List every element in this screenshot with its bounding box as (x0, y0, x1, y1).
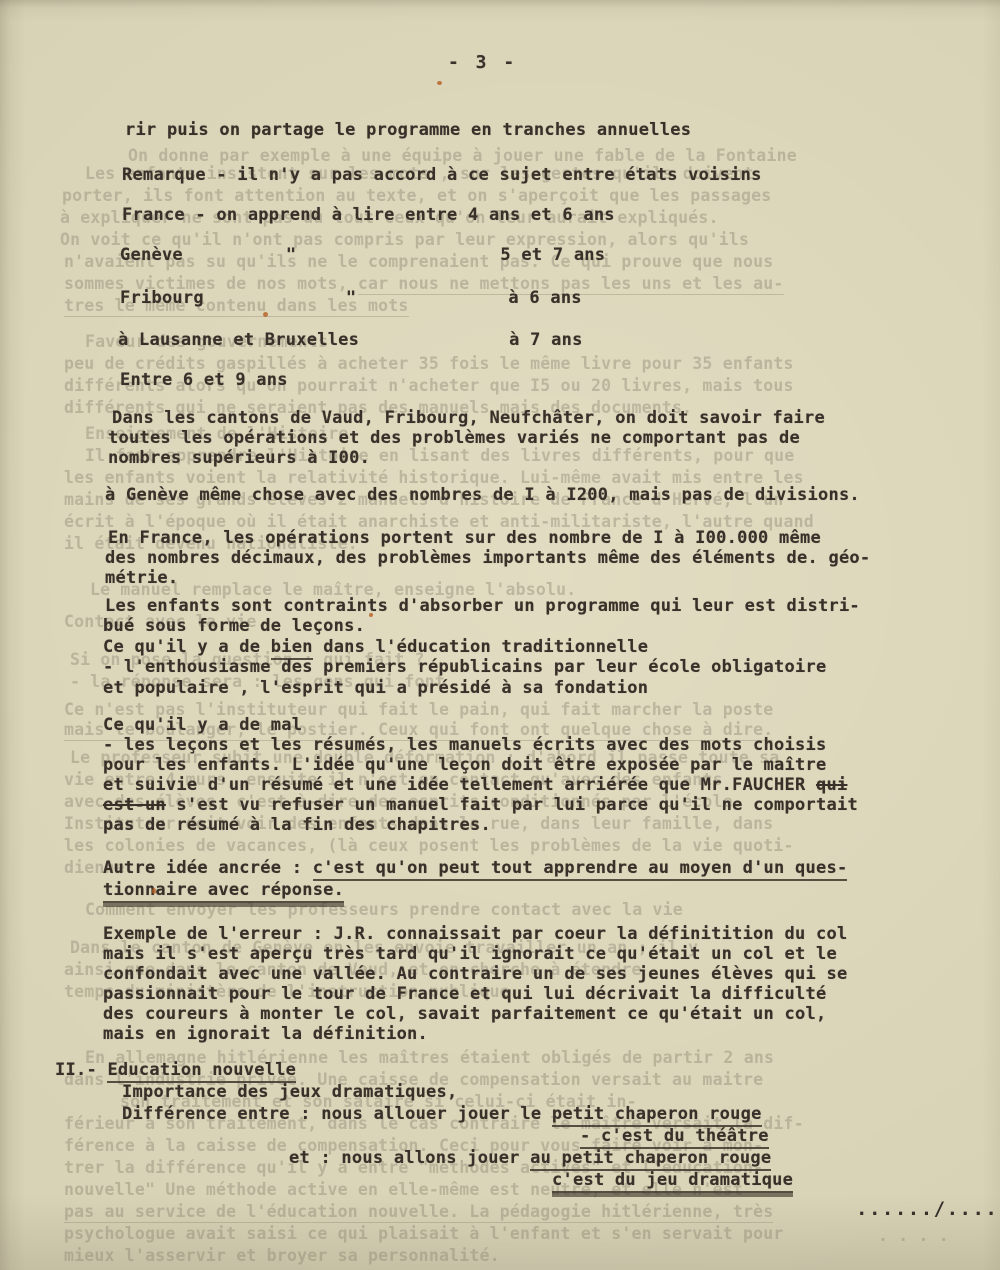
scanned-page: - 3 - On donne par exemple à une équipe … (0, 0, 1000, 1270)
text-line: mais en ignorait la définition. (103, 1024, 428, 1044)
text-line-segment: Les enfants sont contraints d'absorber u… (105, 596, 860, 616)
text-line-segment: qui (816, 775, 847, 795)
text-line-segment: à Lausanne et Bruxelles (118, 330, 359, 350)
text-line: Fribourg"à 6 ans (120, 288, 582, 308)
text-line: tionnaire avec réponse. (103, 880, 344, 900)
text-line-segment: petit chaperon rouge (552, 1104, 762, 1127)
text-line-segment: " (346, 288, 357, 308)
text-line: Entre 6 et 9 ans (120, 370, 288, 390)
text-line-segment: mais il s'est aperçu très tard qu'il ign… (103, 944, 837, 964)
text-line-segment: est-un (103, 795, 166, 815)
ink-speck (437, 81, 442, 85)
text-line-segment: Entre 6 et 9 ans (120, 370, 288, 390)
text-line: - les leçons et les résumés, les manuels… (103, 735, 826, 755)
text-line-segment: - les leçons et les résumés, les manuels… (103, 735, 826, 755)
text-line-segment: " (286, 245, 297, 265)
text-line-segment: à Genève même chose avec des nombres de … (105, 485, 860, 505)
text-line: des nombres décimaux, des problèmes impo… (105, 548, 870, 568)
text-line-segment: Importance des jeux dramatiques, (122, 1082, 458, 1102)
text-line: toutes les opérations et des problèmes v… (108, 428, 800, 448)
text-line: Ce qu'il y a de bien dans l'éducation tr… (103, 637, 648, 657)
text-line-segment: et suivie d'un résumé et une idée tellem… (103, 775, 816, 795)
text-line-segment: Autre idée ancrée : (103, 858, 313, 878)
text-line-segment: - l'enthousiasme des premiers républicai… (103, 657, 826, 677)
text-line-segment: c'est qu'on peut tout apprendre au moyen… (313, 858, 848, 881)
text-line: II.- Education nouvelle (55, 1060, 296, 1080)
text-line-segment: Exemple de l'erreur : J.R. connaissait p… (103, 924, 847, 944)
text-line: confondait avec une vallée. Au contraire… (103, 964, 847, 984)
text-line: pas de résumé à la fin des chapitres. (103, 815, 491, 835)
text-line-segment: toutes les opérations et des problèmes v… (108, 428, 800, 448)
continuation-mark: ....../.... (856, 1198, 998, 1220)
text-line: nombres supérieurs à I00. (108, 448, 370, 468)
text-line-segment: des coureurs à monter le col, savait par… (103, 1004, 826, 1024)
text-line: à Genève même chose avec des nombres de … (105, 485, 860, 505)
ink-speck (263, 312, 268, 317)
text-line: Importance des jeux dramatiques, (122, 1082, 458, 1102)
text-line: En France, les opérations portent sur de… (108, 528, 821, 548)
text-line: des coureurs à monter le col, savait par… (103, 1004, 826, 1024)
text-line: et populaire , l'esprit qui a présidé à … (103, 678, 648, 698)
text-line-segment: pas de résumé à la fin des chapitres. (103, 815, 491, 835)
text-line: et suivie d'un résumé et une idée tellem… (103, 775, 847, 795)
text-line: Dans les cantons de Vaud, Fribourg, Neuf… (112, 408, 825, 428)
text-line-segment: bué sous forme de leçons. (103, 616, 365, 636)
text-line: Remarque - il n'y a pas accord à ce suje… (122, 165, 762, 185)
text-line-segment: Genève (120, 245, 183, 265)
text-line: et : nous allons jouer au petit chaperon… (289, 1148, 771, 1168)
text-line-segment: et populaire , l'esprit qui a présidé à … (103, 678, 648, 698)
text-line: - l'enthousiasme des premiers républicai… (103, 657, 826, 677)
text-line-segment: Remarque - il n'y a pas accord à ce suje… (122, 165, 762, 185)
text-line-segment: dans l'éducation traditionnelle (313, 637, 649, 657)
text-line-segment: Dans les cantons de Vaud, Fribourg, Neuf… (112, 408, 825, 428)
text-line: Ce qu'il y a de mal (103, 715, 302, 735)
text-line: bué sous forme de leçons. (103, 616, 365, 636)
text-line: passionnait pour le tour de France et qu… (103, 984, 826, 1004)
text-line-segment: France - on apprend à lire entre 4 ans e… (122, 205, 615, 225)
ink-speck (369, 613, 373, 617)
text-line-segment: et : nous allons jouer (289, 1148, 530, 1168)
text-line: Exemple de l'erreur : J.R. connaissait p… (103, 924, 847, 944)
text-line-segment: Différence entre : nous allouer jouer le (122, 1104, 552, 1124)
text-line-segment: confondait avec une vallée. Au contraire… (103, 964, 847, 984)
text-line-segment: Fribourg (120, 288, 204, 308)
text-line-segment: s'est vu refuser un manuel fait par lui … (166, 795, 858, 815)
text-line-segment: mais en ignorait la définition. (103, 1024, 428, 1044)
typewritten-text-layer: rir puis on partage le programme en tran… (0, 0, 1000, 1270)
text-line: pour les enfants. L'idée qu'une leçon do… (103, 755, 826, 775)
text-line: rir puis on partage le programme en tran… (125, 120, 691, 140)
text-line-segment: à 6 ans (508, 288, 581, 308)
text-line-segment: nombres supérieurs à I00. (108, 448, 370, 468)
text-line-segment: tionnaire avec réponse. (103, 880, 344, 903)
text-line: c'est du jeu dramatique (552, 1170, 793, 1190)
text-line-segment: à 7 ans (509, 330, 582, 350)
text-line: est-un s'est vu refuser un manuel fait p… (103, 795, 858, 815)
text-line-segment: rir puis on partage le programme en tran… (125, 120, 691, 140)
text-line: Différence entre : nous allouer jouer le… (122, 1104, 762, 1124)
text-line-segment: - c'est du théâtre (580, 1126, 769, 1149)
text-line: France - on apprend à lire entre 4 ans e… (122, 205, 615, 225)
text-line-segment: 5 et 7 ans (500, 245, 605, 265)
text-line-segment: au petit chaperon rouge (530, 1148, 771, 1171)
text-line-segment: métrie. (105, 568, 178, 588)
text-line-segment: c'est du jeu dramatique (552, 1170, 793, 1193)
text-line-segment: Ce qu'il y a de (103, 637, 271, 657)
text-line-segment: II.- (55, 1060, 107, 1080)
text-line-segment: pour les enfants. L'idée qu'une leçon do… (103, 755, 826, 775)
text-line-segment: des nombres décimaux, des problèmes impo… (105, 548, 870, 568)
text-line: Les enfants sont contraints d'absorber u… (105, 596, 860, 616)
text-line-segment: Ce qu'il y a de mal (103, 715, 302, 735)
text-line: Genève"5 et 7 ans (120, 245, 605, 265)
text-line: mais il s'est aperçu très tard qu'il ign… (103, 944, 837, 964)
text-line: à Lausanne et Bruxellesà 7 ans (118, 330, 583, 350)
text-line-segment: passionnait pour le tour de France et qu… (103, 984, 826, 1004)
text-line: Autre idée ancrée : c'est qu'on peut tou… (103, 858, 847, 878)
text-line-segment: Education nouvelle (107, 1060, 296, 1083)
text-line: métrie. (105, 568, 178, 588)
text-line: - c'est du théâtre (580, 1126, 769, 1146)
ink-speck (152, 888, 156, 894)
text-line-segment: En France, les opérations portent sur de… (108, 528, 821, 548)
